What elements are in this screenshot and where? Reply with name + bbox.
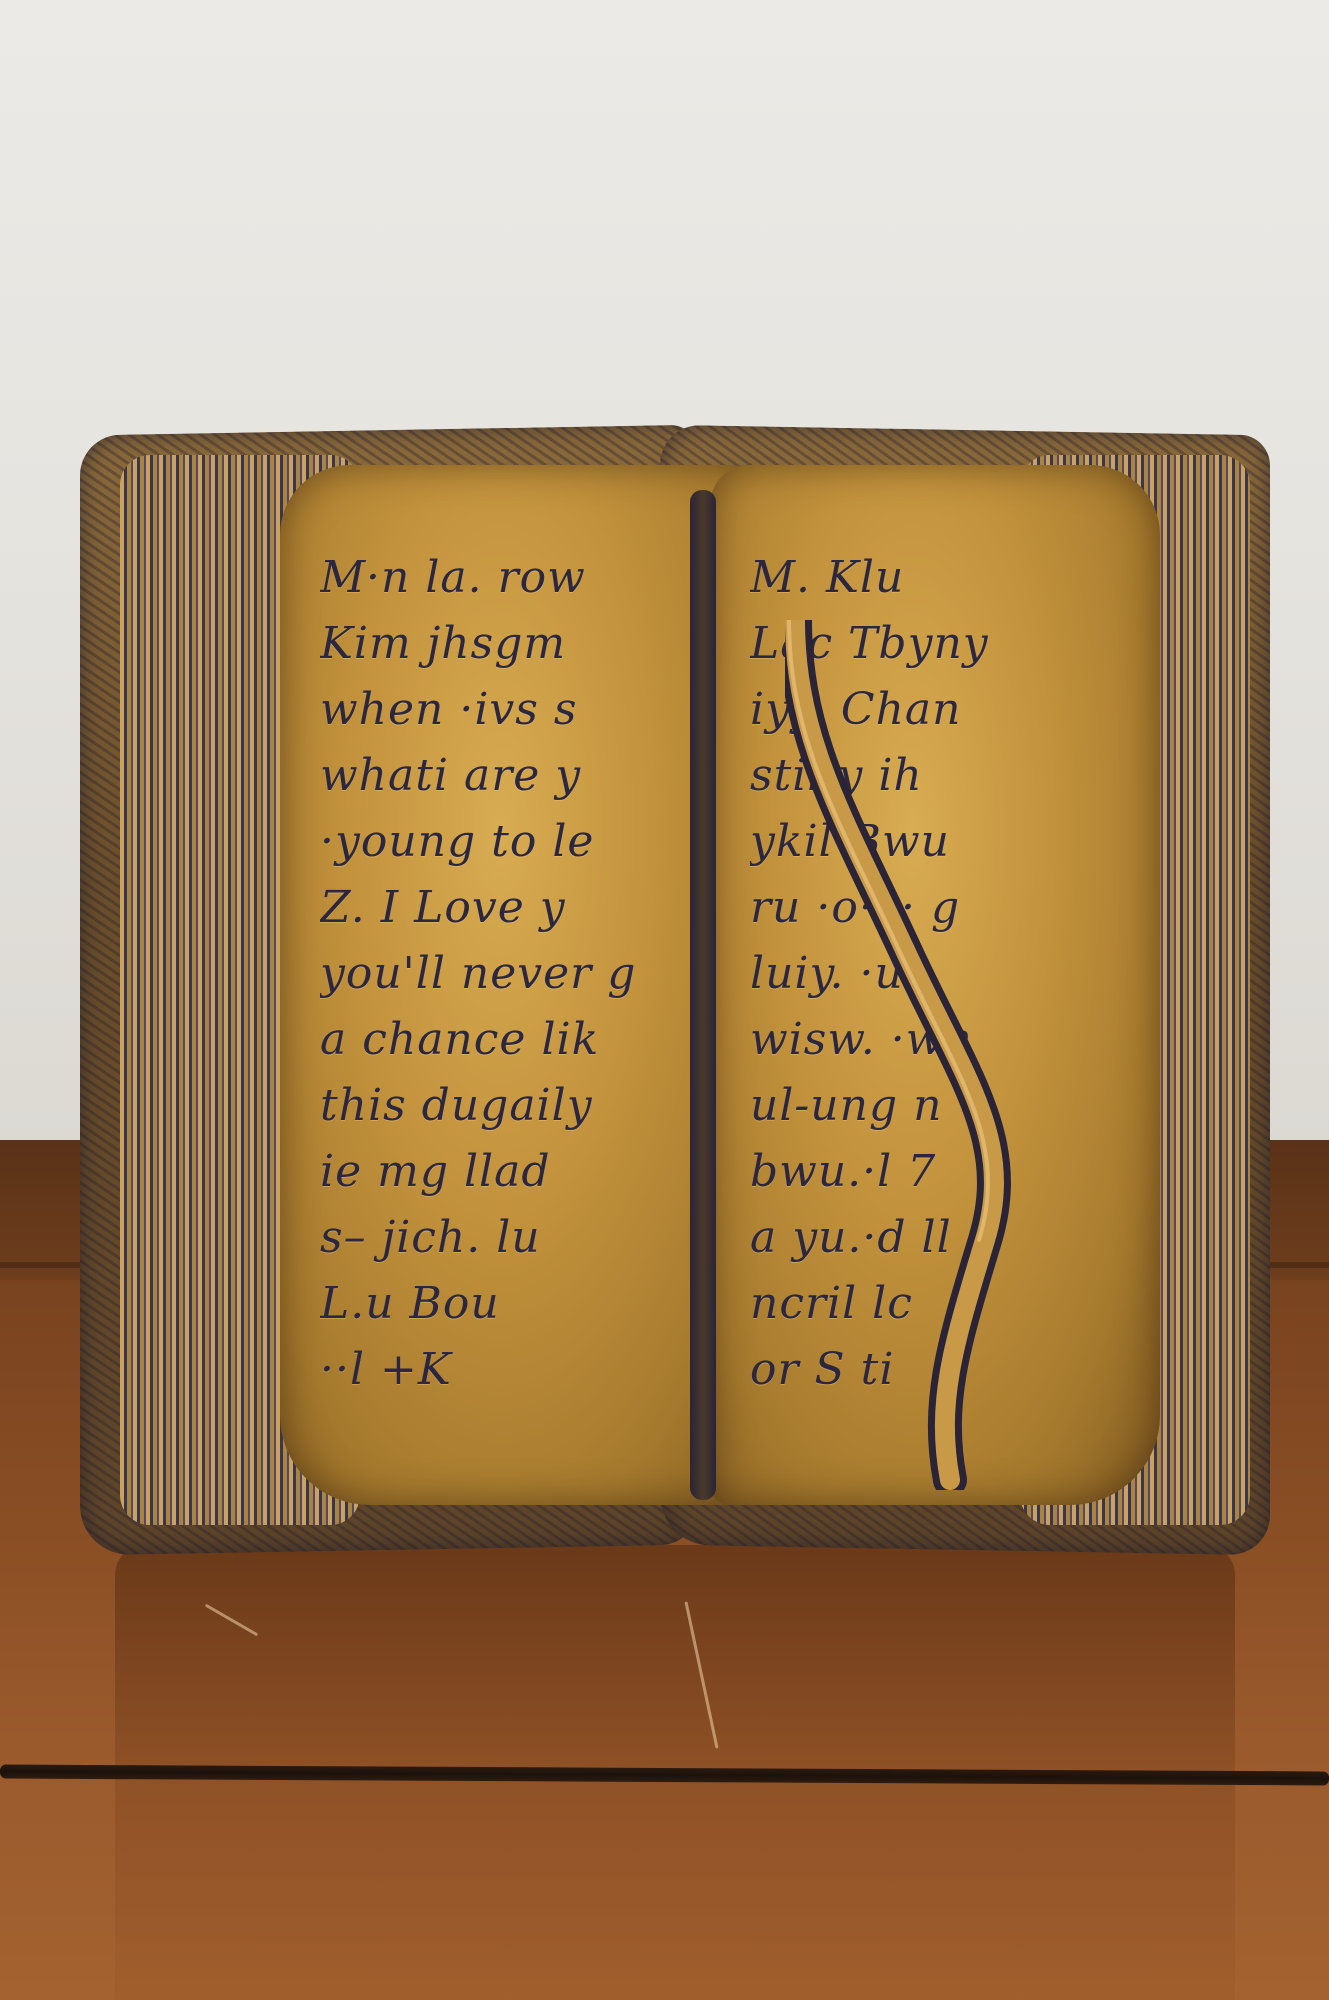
script-line: ·young to le <box>320 809 750 875</box>
bookmark-ribbon <box>785 620 1045 1490</box>
book-gutter <box>690 490 716 1500</box>
script-line: L.u Bou <box>320 1271 750 1337</box>
book-sculpture: M·n la. row Kim jhsgm when ·ivs s whati … <box>80 430 1270 1550</box>
script-line: when ·ivs s <box>320 677 750 743</box>
script-line: M. Klu <box>750 545 1140 611</box>
script-line: a chance lik <box>320 1007 750 1073</box>
script-line: M·n la. row <box>320 545 750 611</box>
script-line: ··l +K <box>320 1337 750 1403</box>
script-line: Z. I Love y <box>320 875 750 941</box>
script-line: s– jich. lu <box>320 1205 750 1271</box>
script-line: ie mg llad <box>320 1139 750 1205</box>
script-line: Kim jhsgm <box>320 611 750 677</box>
script-line: whati are y <box>320 743 750 809</box>
script-line: you'll never g <box>320 941 750 1007</box>
script-line: this dugaily <box>320 1073 750 1139</box>
left-page-script: M·n la. row Kim jhsgm when ·ivs s whati … <box>320 545 750 1403</box>
